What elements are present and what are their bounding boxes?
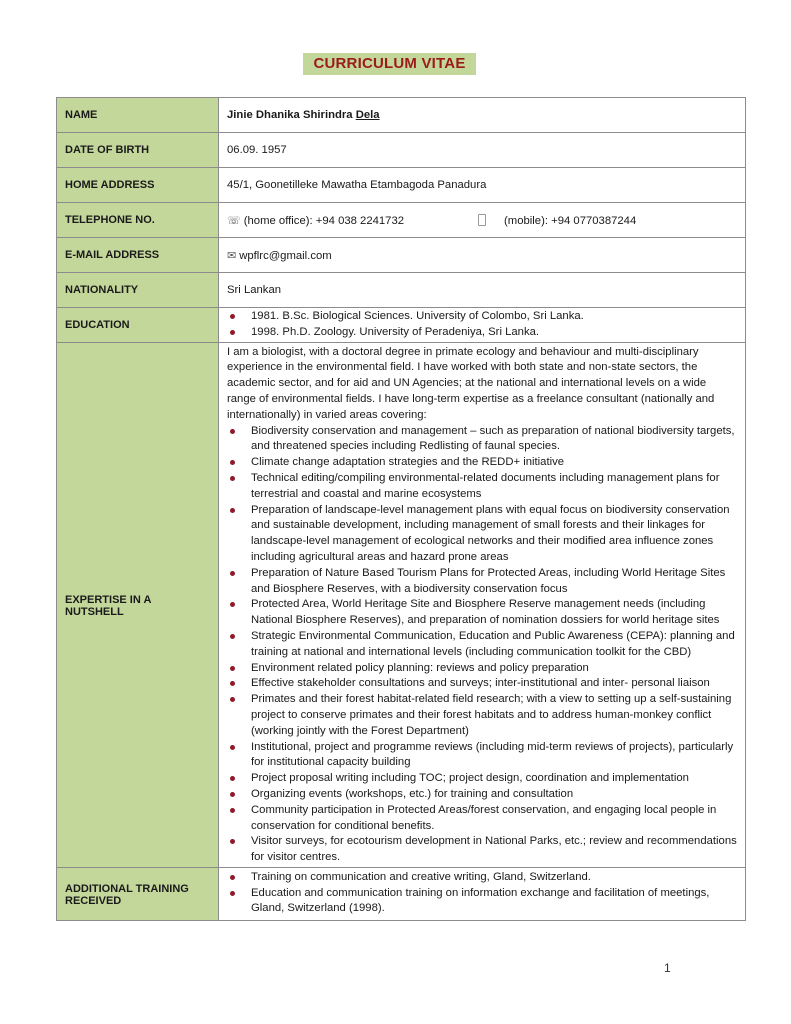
row-email: E-MAIL ADDRESS ✉wpflrc@gmail.com: [57, 238, 746, 273]
value-address: 45/1, Goonetilleke Mawatha Etambagoda Pa…: [219, 168, 746, 203]
email-address: wpflrc@gmail.com: [239, 250, 331, 262]
expertise-item: Protected Area, World Heritage Site and …: [227, 597, 737, 629]
education-item: 1998. Ph.D. Zoology. University of Perad…: [227, 325, 737, 341]
expertise-item: Preparation of Nature Based Tourism Plan…: [227, 566, 737, 598]
value-telephone: ☏(home office): +94 038 2241732(mobile):…: [219, 203, 746, 238]
name-surname: Dela: [356, 109, 380, 121]
row-telephone: TELEPHONE NO. ☏(home office): +94 038 22…: [57, 203, 746, 238]
cv-table: NAME Jinie Dhanika Shirindra Dela DATE O…: [56, 97, 746, 921]
expertise-item: Technical editing/compiling environmenta…: [227, 471, 737, 503]
mobile-phone: (mobile): +94 0770387244: [504, 215, 636, 227]
education-list: 1981. B.Sc. Biological Sciences. Univers…: [227, 309, 737, 341]
expertise-item: Visitor surveys, for ecotourism developm…: [227, 834, 737, 866]
value-email: ✉wpflrc@gmail.com: [219, 238, 746, 273]
value-nationality: Sri Lankan: [219, 273, 746, 308]
expertise-item: Climate change adaptation strategies and…: [227, 455, 737, 471]
row-training: ADDITIONAL TRAINING RECEIVED Training on…: [57, 867, 746, 920]
name-given: Jinie Dhanika Shirindra: [227, 109, 356, 121]
value-training: Training on communication and creative w…: [219, 867, 746, 920]
expertise-item: Institutional, project and programme rev…: [227, 740, 737, 772]
label-nationality: NATIONALITY: [57, 273, 219, 308]
label-training: ADDITIONAL TRAINING RECEIVED: [57, 867, 219, 920]
mobile-phone-icon: [478, 214, 486, 226]
expertise-item: Preparation of landscape-level managemen…: [227, 503, 737, 566]
expertise-item: Effective stakeholder consultations and …: [227, 676, 737, 692]
row-dob: DATE OF BIRTH 06.09. 1957: [57, 133, 746, 168]
expertise-item: Primates and their forest habitat-relate…: [227, 692, 737, 739]
value-dob: 06.09. 1957: [219, 133, 746, 168]
education-item: 1981. B.Sc. Biological Sciences. Univers…: [227, 309, 737, 325]
training-item: Training on communication and creative w…: [227, 870, 737, 886]
document-title: CURRICULUM VITAE: [303, 53, 475, 75]
training-list: Training on communication and creative w…: [227, 870, 737, 917]
email-icon: ✉: [227, 249, 236, 262]
label-telephone: TELEPHONE NO.: [57, 203, 219, 238]
row-nationality: NATIONALITY Sri Lankan: [57, 273, 746, 308]
label-education: EDUCATION: [57, 308, 219, 343]
row-education: EDUCATION 1981. B.Sc. Biological Science…: [57, 308, 746, 343]
expertise-item: Strategic Environmental Communication, E…: [227, 629, 737, 661]
row-name: NAME Jinie Dhanika Shirindra Dela: [57, 98, 746, 133]
value-education: 1981. B.Sc. Biological Sciences. Univers…: [219, 308, 746, 343]
label-dob: DATE OF BIRTH: [57, 133, 219, 168]
expertise-item: Community participation in Protected Are…: [227, 803, 737, 835]
expertise-item: Biodiversity conservation and management…: [227, 424, 737, 456]
row-address: HOME ADDRESS 45/1, Goonetilleke Mawatha …: [57, 168, 746, 203]
expertise-item: Environment related policy planning: rev…: [227, 661, 737, 677]
row-expertise: EXPERTISE IN A NUTSHELL I am a biologist…: [57, 342, 746, 867]
label-email: E-MAIL ADDRESS: [57, 238, 219, 273]
home-phone: (home office): +94 038 2241732: [244, 215, 404, 227]
telephone-icon: ☏: [227, 214, 241, 227]
expertise-intro: I am a biologist, with a doctoral degree…: [227, 345, 737, 424]
title-container: CURRICULUM VITAE: [0, 53, 791, 75]
label-name: NAME: [57, 98, 219, 133]
label-address: HOME ADDRESS: [57, 168, 219, 203]
expertise-list: Biodiversity conservation and management…: [227, 424, 737, 866]
page-number: 1: [664, 961, 671, 975]
training-item: Education and communication training on …: [227, 886, 737, 918]
label-expertise: EXPERTISE IN A NUTSHELL: [57, 342, 219, 867]
expertise-item: Project proposal writing including TOC; …: [227, 771, 737, 787]
value-expertise: I am a biologist, with a doctoral degree…: [219, 342, 746, 867]
value-name: Jinie Dhanika Shirindra Dela: [219, 98, 746, 133]
expertise-item: Organizing events (workshops, etc.) for …: [227, 787, 737, 803]
